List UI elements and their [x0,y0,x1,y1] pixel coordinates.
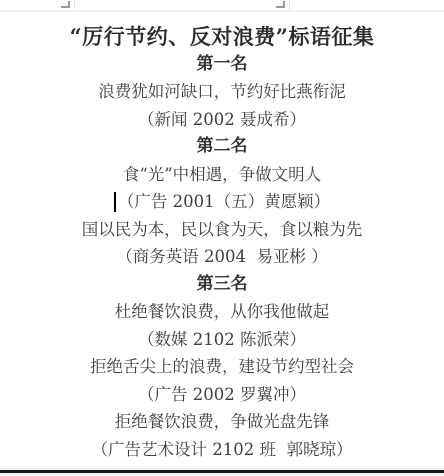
credit-line[interactable]: （新闻 2002 聂成希） [0,106,444,134]
slogan-line[interactable]: 拒绝舌尖上的浪费，建设节约型社会 [0,353,444,381]
slogan-line[interactable]: 国以民为本，民以食为天，食以粮为先 [0,216,444,244]
slogan-line[interactable]: 食“光”中相遇，争做文明人 [0,161,444,189]
credit-line[interactable]: （广告 2002 罗翼冲） [0,381,444,409]
slogan-line[interactable]: 浪费犹如河缺口，节约好比燕衔泥 [0,78,444,106]
document-window: “厉行节约、反对浪费”标语征集 第一名 浪费犹如河缺口，节约好比燕衔泥 （新闻 … [0,0,444,476]
document-page[interactable]: “厉行节约、反对浪费”标语征集 第一名 浪费犹如河缺口，节约好比燕衔泥 （新闻 … [0,23,444,463]
credit-line[interactable]: （广告艺术设计 2102 班 郭晓琼） [0,436,444,464]
credit-line[interactable]: （广告 2001（五）黄愿颖） [0,188,444,216]
slogan-line[interactable]: 拒绝餐饮浪费，争做光盘先锋 [0,408,444,436]
credit-line[interactable]: （数媒 2102 陈派荣） [0,326,444,354]
rank-heading-second[interactable]: 第二名 [0,133,444,161]
doc-title[interactable]: “厉行节约、反对浪费”标语征集 [0,23,444,51]
credit-text: （广告 2001（五）黄愿颖） [118,188,330,216]
slogan-line[interactable]: 杜绝餐饮浪费，从你我他做起 [0,298,444,326]
cropped-control-corner-icon [61,1,70,8]
credit-line[interactable]: （商务英语 2004 易亚彬 ） [0,243,444,271]
cropped-control-corner-icon [276,1,285,8]
rank-heading-third[interactable]: 第三名 [0,271,444,299]
text-cursor [114,192,116,212]
top-divider [0,10,444,12]
rank-heading-first[interactable]: 第一名 [0,51,444,79]
